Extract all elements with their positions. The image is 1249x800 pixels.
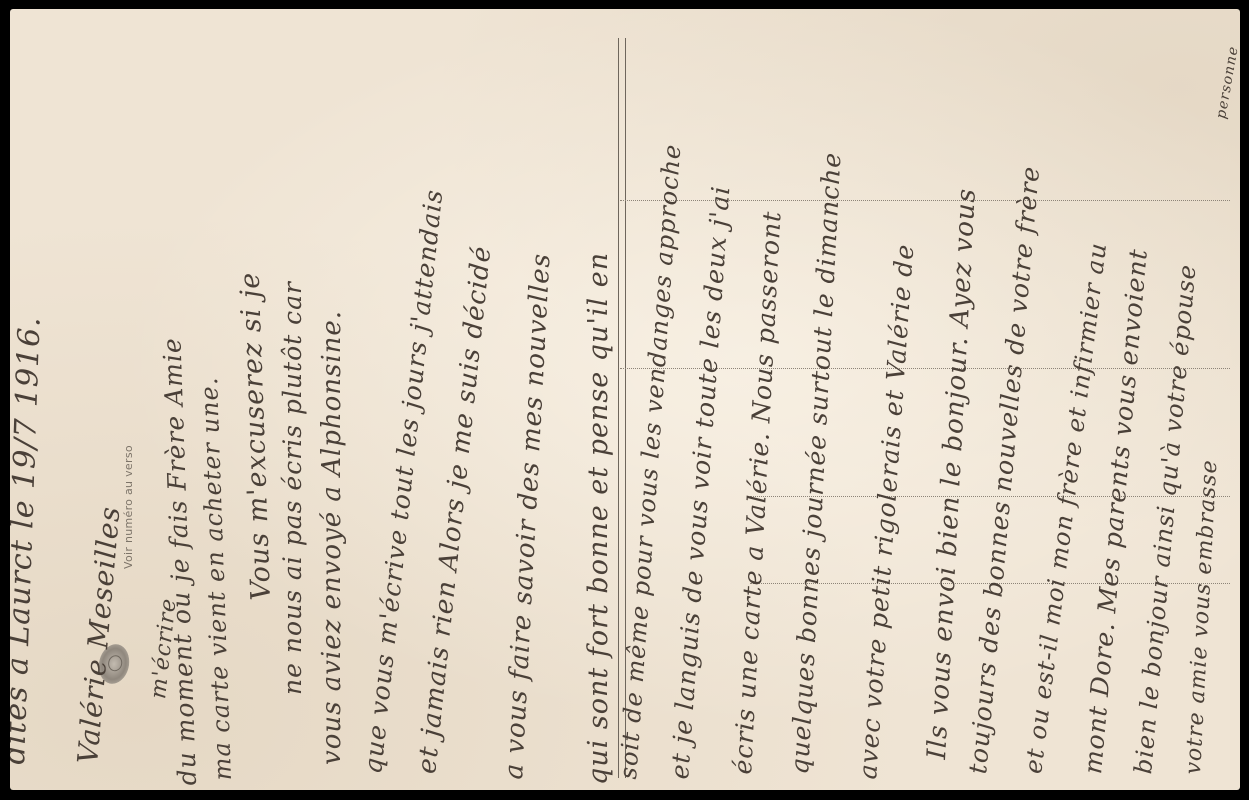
postcard-back: Voir numéro au verso dites a Laurct le 1… xyxy=(10,9,1240,790)
handwritten-line: a vous faire savoir des mes nouvelles xyxy=(501,252,555,780)
handwritten-line: ne nous ai pas écris plutôt car xyxy=(280,281,305,695)
center-divider-line-left xyxy=(618,38,619,778)
handwritten-line: écris une carte a Valérie. Nous passeron… xyxy=(730,210,785,775)
handwritten-line: ma carte vient en acheter une. xyxy=(197,376,235,781)
handwritten-line: qui sont fort bonne et pense qu'il en xyxy=(585,252,612,785)
handwritten-line: quelques bonnes journée surtout le diman… xyxy=(787,151,845,775)
handwritten-line: avec votre petit rigolerais et Valérie d… xyxy=(855,243,917,780)
handwritten-line: personne xyxy=(1214,45,1240,120)
handwritten-line: du moment ou je fais Frère Amie xyxy=(159,337,200,786)
handwritten-line: dites a Laurct le 19/7 1916. xyxy=(10,316,46,765)
handwritten-line: Valérie Meseilles xyxy=(74,505,124,765)
handwritten-line: Vous m'excuserez si je xyxy=(237,271,275,601)
handwritten-line: vous aviez envoyé a Alphonsine. xyxy=(319,310,345,765)
handwritten-line: votre amie vous embrasse xyxy=(1183,459,1221,775)
